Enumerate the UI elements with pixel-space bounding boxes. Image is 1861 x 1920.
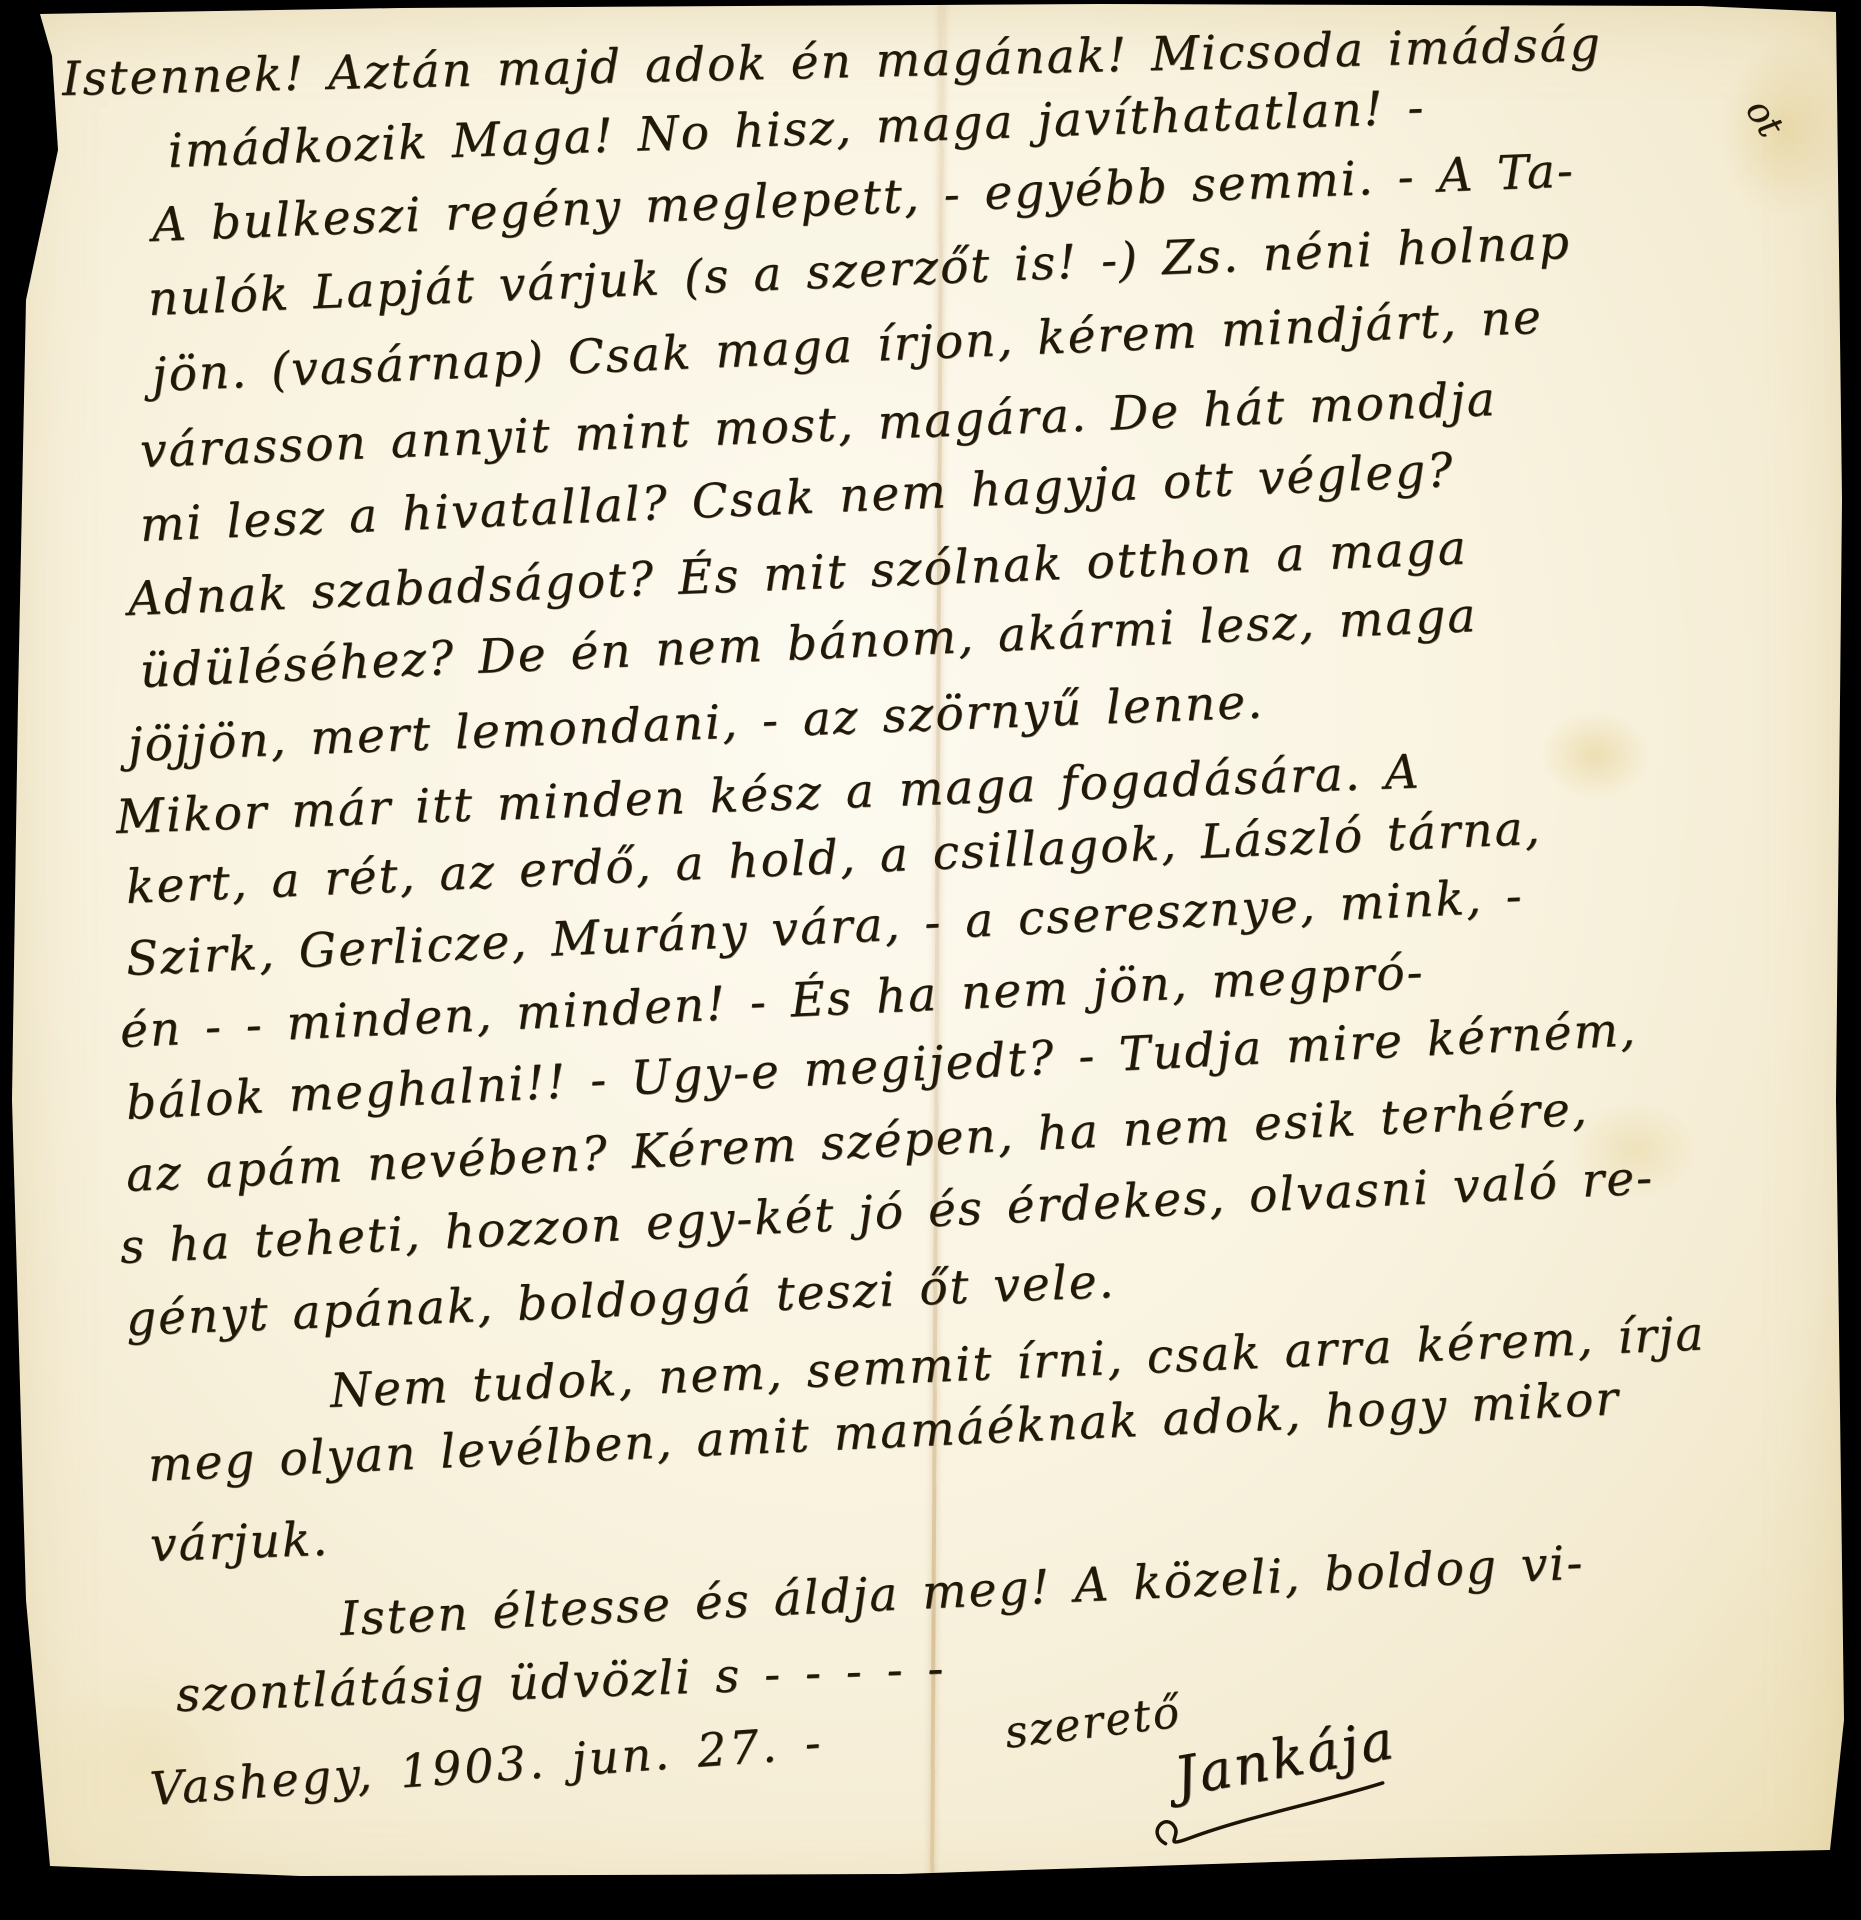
letter-line-21: várjuk.: [149, 1512, 330, 1573]
letter-line-1-overflow: ot: [1737, 92, 1791, 144]
letter-line-23: szontlátásig üdvözli s - - - - -: [175, 1641, 946, 1723]
letter-line-22: Isten éltesse és áldja meg! A közeli, bo…: [339, 1536, 1586, 1647]
letter-page: Istennek! Aztán majd adok én magának! Mi…: [0, 0, 1861, 1920]
paper-stain: [1540, 710, 1650, 800]
dateline: Vashegy, 1903. jun. 27. -: [148, 1715, 825, 1816]
valediction: szerető: [1002, 1687, 1184, 1759]
paper-stain: [1720, 40, 1850, 220]
scanned-letter: Istennek! Aztán majd adok én magának! Mi…: [0, 0, 1861, 1920]
